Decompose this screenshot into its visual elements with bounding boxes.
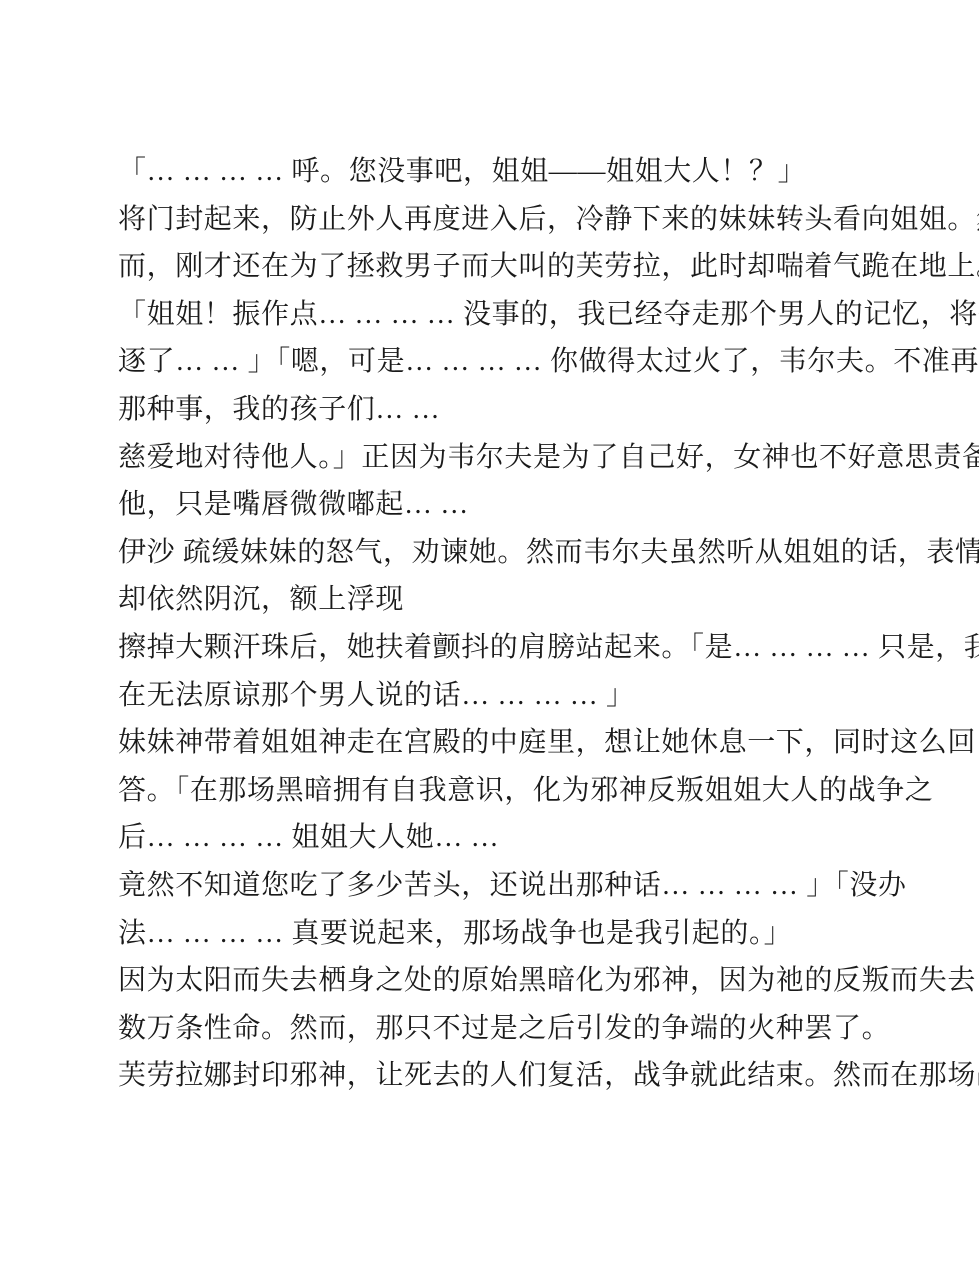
text-line: 伊沙 疏缓妹妹的怒气，劝谏她。然而韦尔夫虽然听从姐姐的话，表情 [118, 529, 874, 577]
text-line: 那种事，我的孩子们… … [118, 386, 874, 434]
text-line: 因为太阳而失去栖身之处的原始黑暗化为邪神，因为祂的反叛而失去了 [118, 957, 874, 1005]
text-line: 芙劳拉娜封印邪神，让死去的人们复活，战争就此结束。然而在那场战 [118, 1052, 874, 1100]
text-line: 竟然不知道您吃了多少苦头，还说出那种话… … … … 」「没办 [118, 862, 874, 910]
text-line: 却依然阴沉，额上浮现 [118, 576, 874, 624]
text-line: 慈爱地对待他人。」正因为韦尔夫是为了自己好，女神也不好意思责备 [118, 434, 874, 482]
text-line: 答。「在那场黑暗拥有自我意识，化为邪神反叛姐姐大人的战争之 [118, 767, 874, 815]
text-line: 「姐姐！振作点… … … … 没事的，我已经夺走那个男人的记忆，将他放 [118, 291, 874, 339]
text-line: 妹妹神带着姐姐神走在宫殿的中庭里，想让她休息一下，同时这么回 [118, 719, 874, 767]
text-block: 「… … … … 呼。您没事吧，姐姐——姐姐大人！？」 将门封起来，防止外人再度… [118, 148, 874, 1100]
text-line: 「… … … … 呼。您没事吧，姐姐——姐姐大人！？」 [118, 148, 874, 196]
document-page: 「… … … … 呼。您没事吧，姐姐——姐姐大人！？」 将门封起来，防止外人再度… [0, 0, 979, 1268]
text-line: 逐了… … 」「嗯，可是… … … … 你做得太过火了，韦尔夫。不准再做出 [118, 338, 874, 386]
text-line: 在无法原谅那个男人说的话… … … … 」 [118, 672, 874, 720]
ebook-page: { "page": { "background_color": "#ffffff… [0, 0, 979, 1268]
text-line: 数万条性命。然而，那只不过是之后引发的争端的火种罢了。 [118, 1005, 874, 1053]
text-line: 法… … … … 真要说起来，那场战争也是我引起的。」 [118, 910, 874, 958]
text-line: 而，刚才还在为了拯救男子而大叫的芙劳拉，此时却喘着气跪在地上。 [118, 243, 874, 291]
text-line: 他，只是嘴唇微微嘟起… … [118, 481, 874, 529]
text-line: 将门封起来，防止外人再度进入后，冷静下来的妹妹转头看向姐姐。然 [118, 196, 874, 244]
text-line: 擦掉大颗汗珠后，她扶着颤抖的肩膀站起来。「是… … … … 只是，我实 [118, 624, 874, 672]
text-line: 后… … … … 姐姐大人她… … [118, 814, 874, 862]
